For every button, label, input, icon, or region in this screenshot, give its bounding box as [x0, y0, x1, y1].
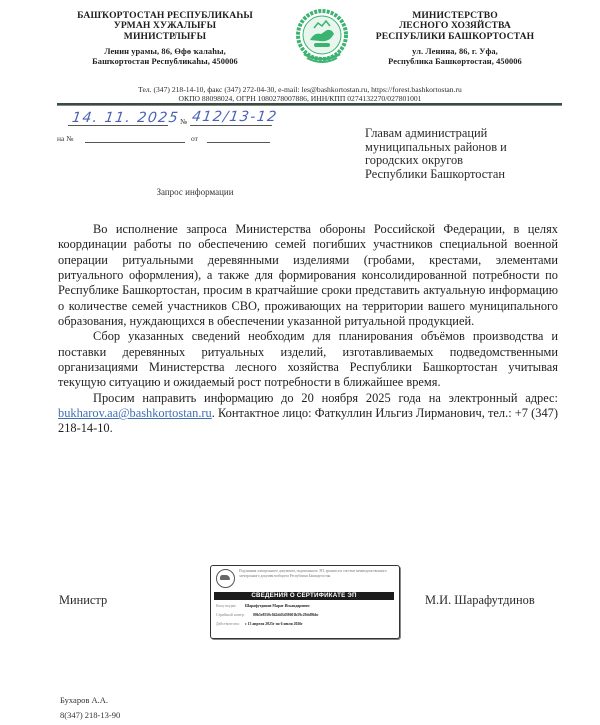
addressee-line: Республики Башкортостан	[365, 168, 507, 182]
letterhead-right-title: МИНИСТЕРСТВО ЛЕСНОГО ХОЗЯЙСТВА РЕСПУБЛИК…	[335, 11, 575, 42]
letterhead-left-title-line: МИНИСТРЛЫҒЫ	[45, 32, 285, 42]
handwritten-number: 412/13-12	[191, 109, 279, 125]
letter-body: Во исполнение запроса Министерства оборо…	[58, 222, 558, 437]
letterhead-left-address-line: Башҡортостан Республикаһы, 450006	[45, 57, 285, 67]
executor-phone: 8(347) 218-13-90	[60, 710, 120, 720]
reply-to-label: на №	[57, 134, 73, 143]
handwritten-date: 14. 11. 2025	[71, 110, 180, 126]
letterhead-right-address-line: Республика Башкортостан, 450006	[335, 57, 575, 67]
subject-heading: Запрос информации	[110, 187, 280, 197]
addressee-block: Главам администраций муниципальных район…	[365, 127, 507, 181]
cert-serial-row: Серийный номер: 00b5e8550c042dd3d39601b5…	[216, 613, 319, 618]
cert-emblem-icon	[216, 569, 235, 588]
registry-codes-line: ОКПО 88098024, ОГРН 1080278007886, ИНН/К…	[0, 94, 600, 103]
contacts-line: Тел. (347) 218-14-10, факс (347) 272-04-…	[0, 85, 600, 94]
addressee-line: городских округов	[365, 154, 507, 168]
executor-name: Бухаров А.А.	[60, 695, 108, 705]
contact-text-before: Просим направить информацию до 20 ноября…	[93, 391, 558, 405]
signatory-name: М.И. Шарафутдинов	[425, 593, 535, 608]
cert-note: Подлинник электронного документа, подпис…	[239, 569, 395, 579]
letterhead-right-address: ул. Ленина, 86, г. Уфа, Республика Башко…	[335, 47, 575, 67]
number-prefix: №	[180, 117, 187, 126]
number-underline	[190, 125, 272, 126]
e-signature-certificate-stamp: Подлинник электронного документа, подпис…	[210, 565, 400, 639]
body-paragraph: Сбор указанных сведений необходим для пл…	[58, 329, 558, 390]
cert-valid-value: с 13 апреля 2025г по 6 июля 2026г	[245, 622, 303, 626]
email-link[interactable]: bukharov.aa@bashkortostan.ru	[58, 406, 212, 420]
reply-to-field-line	[85, 142, 185, 143]
body-paragraph: Во исполнение запроса Министерства оборо…	[58, 222, 558, 329]
letterhead-left-title: БАШҠОРТОСТАН РЕСПУБЛИКАҺЫ УРМАН ХУЖАЛЫҒЫ…	[45, 11, 285, 42]
cert-serial-value: 00b5e8550c042dd3d39601b59c29dd9bbc	[253, 613, 319, 617]
addressee-line: Главам администраций	[365, 127, 507, 141]
from-field-line	[207, 142, 270, 143]
letterhead-left-address: Ленин урамы, 86, Өфө ҡалаһы, Башҡортоста…	[45, 47, 285, 67]
cert-valid-label: Действителен:	[216, 622, 244, 627]
cert-owner-label: Кому выдан:	[216, 604, 244, 609]
date-underline	[68, 125, 168, 126]
letterhead-right-address-line: ул. Ленина, 86, г. Уфа,	[335, 47, 575, 57]
letterhead-left-address-line: Ленин урамы, 86, Өфө ҡалаһы,	[45, 47, 285, 57]
addressee-line: муниципальных районов и	[365, 141, 507, 155]
cert-owner-row: Кому выдан: Шарафутдинов Марат Искандаро…	[216, 604, 310, 609]
signatory-role: Министр	[59, 593, 107, 608]
letterhead-divider	[57, 103, 562, 106]
body-paragraph-contact: Просим направить информацию до 20 ноября…	[58, 391, 558, 437]
cert-title: СВЕДЕНИЯ О СЕРТИФИКАТЕ ЭП	[214, 592, 394, 600]
cert-owner-value: Шарафутдинов Марат Искандарович	[245, 604, 310, 608]
letterhead-right-title-line: РЕСПУБЛИКИ БАШКОРТОСТАН	[335, 32, 575, 42]
cert-valid-row: Действителен: с 13 апреля 2025г по 6 июл…	[216, 622, 303, 627]
from-label: от	[191, 134, 198, 143]
cert-serial-label: Серийный номер:	[216, 613, 244, 618]
